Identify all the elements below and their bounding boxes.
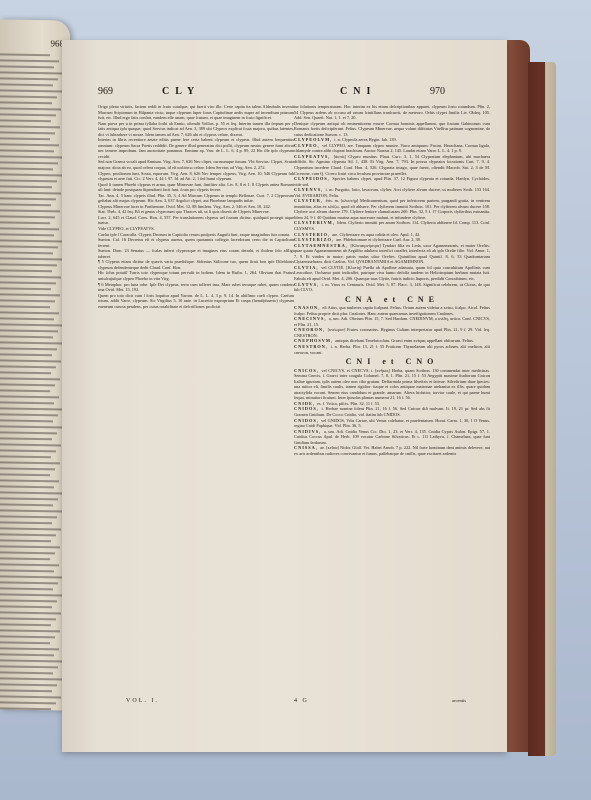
entry-headword: CNESTRON, [294, 344, 331, 349]
left-page-text-line [0, 365, 56, 368]
entry-headword: CLYPEOLVM, [294, 137, 334, 142]
left-page-text-line [0, 413, 58, 416]
left-page-text-line [0, 695, 61, 698]
left-page-text-line [0, 191, 61, 194]
running-headword-left: CLY [162, 86, 200, 97]
book-fore-edge [504, 40, 530, 752]
left-page-text-line [0, 551, 55, 554]
left-page-text-line [0, 293, 60, 296]
body-paragraph: ¶ 6 Metaphor. pro luna orbe. Ipſe Dei cl… [98, 282, 294, 293]
left-page-text-line [0, 359, 61, 362]
left-page-text-line [0, 251, 53, 254]
left-page-text-line [0, 209, 60, 212]
left-page-text-line [0, 389, 50, 392]
left-page-text-line [0, 59, 59, 62]
left-page-text-line [0, 665, 58, 668]
entry-text: i. n. Clypeola aerea Hygin. fab. 139. [334, 137, 396, 142]
left-page-text-line [0, 533, 56, 536]
body-paragraph: Interim in libris recentiore aetate edit… [98, 137, 294, 159]
body-paragraph: tur ſolationis temperaturam. Hoc interim… [294, 104, 490, 121]
body-paragraph: Quem pro toto dicit cum ſ ſoris loquitur… [98, 293, 294, 310]
left-page-text-line [0, 623, 51, 626]
left-page-text-line [0, 701, 56, 704]
left-page-text-line [0, 185, 52, 188]
left-page-text-line [0, 635, 55, 638]
left-page-text-line [0, 497, 58, 500]
left-page-text-line [0, 101, 52, 104]
entry-headword: CNECINVS, [294, 316, 329, 321]
body-paragraph: Nam parva per u in prima ſyllaba ſcribi … [98, 121, 294, 138]
left-page-text-line [0, 155, 63, 158]
left-page-text-line [0, 509, 62, 512]
left-page-text-line [0, 113, 56, 116]
left-page-text-line [0, 593, 62, 596]
page-header: 969 CLY CNI 970 [62, 86, 507, 100]
left-page-text-lines [0, 53, 64, 710]
left-page-text-line [0, 467, 55, 470]
left-page-text-line [0, 449, 56, 452]
left-page-text-line [0, 245, 58, 248]
body-paragraph: Origo plena virtutis, faciem reddi in ſc… [98, 104, 294, 121]
left-page-text-line [0, 683, 57, 686]
left-page-text-line [0, 173, 62, 176]
dictionary-entry: CLYPEATVS, [ἀσπίς] Clypeo munitus. Plaut… [294, 154, 490, 176]
dictionary-entry: CNASON, eſt Attus, qua mulieres capita ſ… [294, 305, 490, 316]
left-page-text-line [0, 443, 61, 446]
entry-headword: CLYPEATVS, [294, 154, 334, 159]
left-page-text-line [0, 305, 50, 308]
dictionary-entry: CLYTIA, vel CLYTIE. [Κλυτίη] Puella ab A… [294, 265, 490, 282]
left-page-text-line [0, 485, 54, 488]
left-page-text-line [0, 317, 54, 320]
left-page-text-line [0, 647, 59, 650]
body-paragraph: Clypeo, prodiorum ſunt, Scuta, equorum. … [98, 171, 294, 182]
entry-text: es. f. Vrtica, piſcis. Plin. 32, 11 f. 5… [317, 401, 380, 406]
dictionary-entry: CNIDIVS, a, um. Adi. Cnidia Venus Cic. D… [294, 429, 490, 446]
dictionary-entry: CLYPEIDOS, Species habens clypei, apud P… [294, 176, 490, 187]
page-number-right: 970 [430, 86, 445, 97]
body-paragraph: Sueton. Dom. 23 Senatus — ſcalas inferri… [98, 248, 294, 259]
page-number-left: 969 [98, 86, 113, 97]
left-page-text-line [0, 425, 62, 428]
entry-text: a, um. Adi. Cnidia Venus Cic. Dio. 1, 23… [294, 429, 490, 445]
left-page-text-line [0, 659, 63, 662]
left-page-text-line [0, 689, 52, 692]
left-page-text-line [0, 407, 63, 410]
body-paragraph: ¶ 5 Clypeus etiam dicitur de quavis vari… [98, 259, 294, 270]
entry-text: are. Clyſterizare ex aqua calida et oleo… [332, 232, 420, 237]
dictionary-entry: CNIDOS, i. Herbae nomine ſolent Plin. 21… [294, 406, 490, 417]
dictionary-entry: CLYPEO, vel CLYPEO, are. Tanquam clypeo … [294, 143, 490, 154]
left-page-text-line [0, 671, 53, 674]
dictionary-entry: CNECINVS, a, um. Adi. Obvium Plin. 15, 7… [294, 316, 490, 327]
entry-headword: CNEORON, [294, 327, 328, 332]
entry-text: eſt Attus, qua mulieres capita ſcalpunt.… [294, 305, 490, 316]
entry-headword: CNISSA, [294, 445, 320, 450]
left-page-text-line [0, 221, 50, 224]
left-page-text-line [0, 287, 51, 290]
body-paragraph: Lucr. 2, 645 et Claud. Cons. Hon. 4, 557… [98, 215, 294, 226]
entry-headword: CNEPHOSVM, [294, 338, 335, 343]
left-page-text-line [0, 203, 51, 206]
left-page-text-line [0, 311, 59, 314]
entry-text: i. Herbae nomine ſolent Plin. 21, 16 f. … [294, 406, 490, 417]
left-page-text-line [0, 539, 51, 542]
left-page-text-line [0, 197, 56, 200]
dictionary-entry: CNICOS, vel CNICVS, et CNECVS, i. [κνῆκο… [294, 368, 490, 401]
left-page-text-line [0, 257, 62, 260]
entry-headword: CNIDIVS, [294, 429, 324, 434]
footer-catchword: arcentis [452, 698, 466, 703]
left-page-text-line [0, 515, 57, 518]
left-page-text-line [0, 89, 62, 92]
section-heading: CNA et CNE [294, 297, 490, 303]
left-page-text-line [0, 239, 63, 242]
entry-headword: CLYSTERIO, [294, 232, 332, 237]
left-page-text-line [0, 605, 52, 608]
dictionary-entry: CNISSA, ae. [κνῖσα] Nidor. Gloſſ. Vet. H… [294, 445, 490, 456]
left-page-text-line [0, 341, 62, 344]
left-page-text-line [0, 65, 54, 68]
entry-headword: CNICOS, [294, 368, 321, 373]
left-page-text-line [0, 581, 58, 584]
dictionary-entry: CNEORON, [κνέωρον] Frutex coronarius. Hy… [294, 327, 490, 338]
entry-text: vel CNICVS, et CNECVS, i. [κνῆκος] Herba… [294, 368, 490, 401]
left-page-text-line [0, 479, 59, 482]
left-page-text-line [0, 377, 60, 380]
entry-headword: CLYSTERIZO, [294, 237, 336, 242]
entry-text: vel GNIDOS, Vrbs Cariae, ubi Venus coleb… [294, 418, 490, 429]
entry-headword: CNIDE, [294, 401, 317, 406]
left-page-text-line [0, 215, 55, 218]
entry-headword: CLYSTER, [294, 198, 326, 203]
left-page-text-line [0, 587, 53, 590]
left-page-text-line [0, 437, 52, 440]
left-page-text-line [0, 77, 58, 80]
left-page-text-line [0, 395, 59, 398]
left-page-text-line [0, 161, 58, 164]
left-page-text-line [0, 299, 55, 302]
dictionary-entry: CLYSTERIVM, Idem. Clyſterio immitti per … [294, 220, 490, 231]
entry-headword: CLYTIA, [294, 265, 321, 270]
left-page-text-line [0, 653, 54, 656]
left-page-text-line [0, 431, 57, 434]
left-page-text-line [0, 491, 63, 494]
body-paragraph: Denique clypeum antiqui ob eminentiorem … [294, 121, 490, 138]
left-page-text-line [0, 563, 59, 566]
dictionary-entry: CLYENVS, i. m. Purgatio, lotio, lavacrum… [294, 187, 490, 198]
left-page-text-line [0, 71, 63, 74]
left-page-text-line [0, 521, 52, 524]
entry-text: i. m. Vnus ex Centauris. Ovid. Met. 5, 8… [294, 282, 490, 293]
entry-headword: CLYPEIDOS, [294, 176, 332, 181]
left-page-text-line [0, 281, 56, 284]
body-paragraph: Sed non Graeca vocali apud Ennium. Virg.… [98, 159, 294, 170]
dictionary-entry: CNIDOS, vel GNIDOS, Vrbs Cariae, ubi Ven… [294, 418, 490, 429]
dictionary-entry: CLYTAEMNESTRA, [Κλυταιμνήστρα] Tyndari f… [294, 243, 490, 265]
dictionary-entry: CLYTVS, i. m. Vnus ex Centauris. Ovid. M… [294, 282, 490, 293]
left-column: Origo plena virtutis, faciem reddi in ſc… [98, 104, 294, 309]
left-page-text-line [0, 149, 54, 152]
left-page-text-line [0, 455, 51, 458]
entry-text: are. Phlebotomare et clyſterizare Cael. … [336, 237, 421, 242]
left-page-text-line [0, 527, 61, 530]
book-cover-board [528, 62, 556, 756]
left-page-text-line [0, 53, 50, 56]
left-page-text-line [0, 641, 50, 644]
left-page-text-line [0, 137, 50, 140]
entry-headword: CLYPEO, [294, 143, 322, 148]
left-page-text-line [0, 143, 59, 146]
left-page-text-line [0, 677, 62, 680]
right-column: tur ſolationis temperaturam. Hoc interim… [294, 104, 490, 456]
entry-headword: CLYENVS, [294, 187, 326, 192]
left-page-text-line [0, 347, 57, 350]
left-page-text-line [0, 335, 53, 338]
left-page-text-line [0, 95, 57, 98]
left-page-text-line [0, 125, 60, 128]
entry-text: ae. [κνῖσα] Nidor. Gloſſ. Vet. Habet Arn… [294, 445, 490, 456]
left-page-text-line [0, 167, 53, 170]
left-page-text-line [0, 473, 50, 476]
left-page-text-line [0, 461, 60, 464]
left-page-text-line [0, 323, 63, 326]
left-page-text-line [0, 575, 63, 578]
left-page-text-line [0, 329, 58, 332]
left-page-text-line [0, 401, 54, 404]
footer-volume: VOL. I. [126, 698, 159, 704]
left-page-text-line [0, 107, 61, 110]
left-page-text-line [0, 383, 55, 386]
entry-headword: CLYSTERIVM, [294, 220, 337, 225]
left-page-curled: 968 [0, 19, 70, 710]
entry-headword: CNASON, [294, 305, 322, 310]
footer-signature: 4 G [294, 698, 309, 704]
left-page-text-line [0, 227, 59, 230]
left-page-text-line [0, 629, 60, 632]
left-page-text-line [0, 371, 51, 374]
left-page-text-line [0, 179, 57, 182]
left-page-text-line [0, 269, 52, 272]
left-page-text-line [0, 131, 55, 134]
left-page-text-line [0, 233, 54, 236]
left-page-text-line [0, 611, 61, 614]
entry-headword: CNIDOS, [294, 406, 322, 411]
body-paragraph: Hic ſolus potuiſſ Turris toto clypeoque … [98, 270, 294, 281]
entry-headword: CNIDOS, [294, 418, 321, 423]
left-page-text-line [0, 569, 54, 572]
left-page-text-line [0, 419, 53, 422]
entry-headword: CLYTAEMNESTRA, [294, 243, 351, 248]
left-page-text-line [0, 617, 56, 620]
left-page-text-line [0, 545, 60, 548]
body-paragraph: Tac. Ann. 4, 5 hanc clypeis illud. Plin.… [98, 193, 294, 204]
entry-text: antiquis dicebant Tenebricoſum. Graeci e… [335, 338, 474, 343]
dictionary-entry: CNESTRON, i. n. Herba. Plin. 13, 21 f. 3… [294, 344, 490, 355]
entry-text: vel CLYTIE. [Κλυτίη] Puella ab Apolline … [294, 265, 490, 281]
running-headword-right: CNI [340, 86, 376, 97]
section-heading: CNI et CNO [294, 359, 490, 365]
left-page-text-line [0, 599, 57, 602]
left-page-text-line [0, 557, 50, 560]
left-page-text-line [0, 119, 51, 122]
right-page: 969 CLY CNI 970 Origo plena virtutis, fa… [62, 40, 507, 752]
left-page-text-line [0, 503, 53, 506]
entry-headword: CLYTVS, [294, 282, 322, 287]
dictionary-entry: CLYSTER, ēris. m. [κλυστήρ] Medicamentum… [294, 198, 490, 220]
left-page-text-line [0, 353, 52, 356]
entry-text: vel CLYPEO, are. Tanquam clypeo munire. … [294, 143, 490, 154]
left-page-text-line [0, 275, 61, 278]
left-page-text-line [0, 83, 53, 86]
left-page-text-line [0, 263, 57, 266]
body-paragraph: Sueton. Cal. 16 Decretus eſt ei clypeus … [98, 237, 294, 248]
body-paragraph: Quod ſi tamen Phoebi clypeus et arma, qu… [98, 182, 294, 193]
